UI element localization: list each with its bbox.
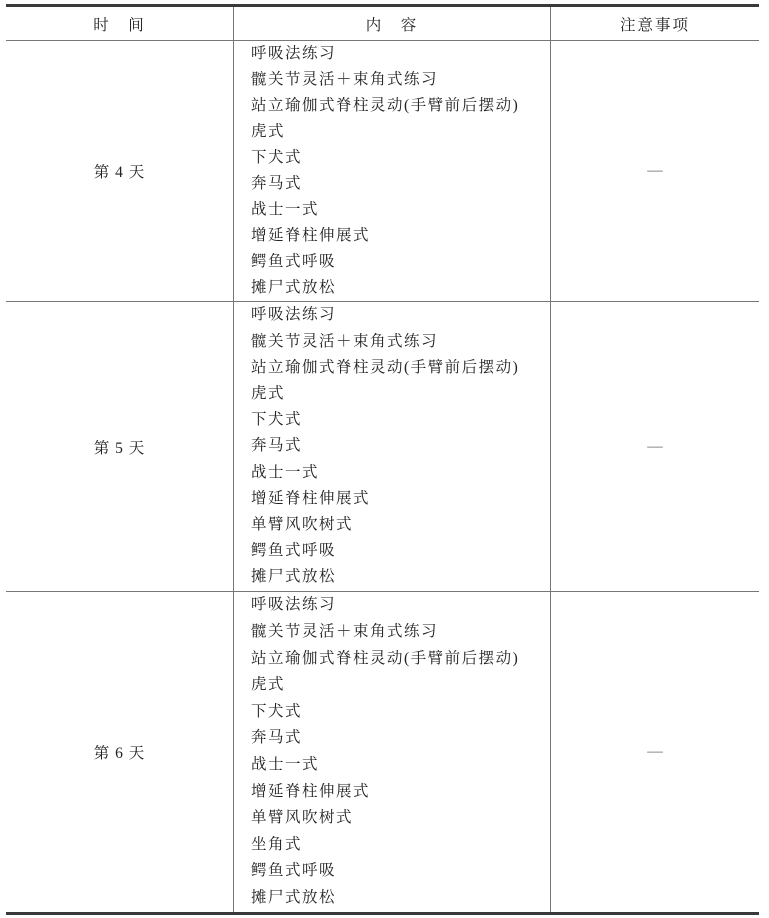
exercise-item: 奔马式 xyxy=(251,433,519,459)
exercise-item: 战士一式 xyxy=(251,197,519,223)
exercise-item: 站立瑜伽式脊柱灵动(手臂前后摆动) xyxy=(251,646,519,673)
exercise-item: 战士一式 xyxy=(251,460,519,486)
page: 时 间 内 容 注意事项 第 4 天呼吸法练习髋关节灵活＋束角式练习站立瑜伽式脊… xyxy=(0,0,769,918)
table-body: 第 4 天呼吸法练习髋关节灵活＋束角式练习站立瑜伽式脊柱灵动(手臂前后摆动)虎式… xyxy=(6,41,759,912)
time-cell: 第 4 天 xyxy=(6,41,233,301)
exercise-item: 虎式 xyxy=(251,672,519,699)
note-cell: — xyxy=(550,592,759,912)
note-dash: — xyxy=(647,438,663,456)
exercise-item: 单臂风吹树式 xyxy=(251,805,519,832)
exercise-item: 虎式 xyxy=(251,381,519,407)
exercise-item: 髋关节灵活＋束角式练习 xyxy=(251,329,519,355)
exercise-item: 鳄鱼式呼吸 xyxy=(251,858,519,885)
exercise-item: 摊尸式放松 xyxy=(251,564,519,590)
exercise-item: 下犬式 xyxy=(251,407,519,433)
exercise-item: 虎式 xyxy=(251,119,519,145)
content-cell: 呼吸法练习髋关节灵活＋束角式练习站立瑜伽式脊柱灵动(手臂前后摆动)虎式下犬式奔马… xyxy=(233,41,550,301)
note-dash: — xyxy=(647,162,663,180)
exercise-item: 下犬式 xyxy=(251,145,519,171)
exercise-item: 下犬式 xyxy=(251,699,519,726)
header-time: 时 间 xyxy=(6,7,233,40)
exercise-item: 呼吸法练习 xyxy=(251,302,519,328)
exercise-item: 单臂风吹树式 xyxy=(251,512,519,538)
note-cell: — xyxy=(550,302,759,591)
exercise-item: 呼吸法练习 xyxy=(251,41,519,67)
exercise-list: 呼吸法练习髋关节灵活＋束角式练习站立瑜伽式脊柱灵动(手臂前后摆动)虎式下犬式奔马… xyxy=(251,41,519,301)
exercise-item: 鳄鱼式呼吸 xyxy=(251,538,519,564)
table-row: 第 5 天呼吸法练习髋关节灵活＋束角式练习站立瑜伽式脊柱灵动(手臂前后摆动)虎式… xyxy=(6,302,759,592)
exercise-item: 髋关节灵活＋束角式练习 xyxy=(251,67,519,93)
exercise-item: 站立瑜伽式脊柱灵动(手臂前后摆动) xyxy=(251,355,519,381)
training-schedule-table: 时 间 内 容 注意事项 第 4 天呼吸法练习髋关节灵活＋束角式练习站立瑜伽式脊… xyxy=(6,4,759,915)
exercise-item: 增延脊柱伸展式 xyxy=(251,223,519,249)
exercise-list: 呼吸法练习髋关节灵活＋束角式练习站立瑜伽式脊柱灵动(手臂前后摆动)虎式下犬式奔马… xyxy=(251,592,519,911)
table-header-row: 时 间 内 容 注意事项 xyxy=(6,7,759,41)
note-cell: — xyxy=(550,41,759,301)
table-row: 第 6 天呼吸法练习髋关节灵活＋束角式练习站立瑜伽式脊柱灵动(手臂前后摆动)虎式… xyxy=(6,592,759,912)
exercise-item: 呼吸法练习 xyxy=(251,592,519,619)
exercise-list: 呼吸法练习髋关节灵活＋束角式练习站立瑜伽式脊柱灵动(手臂前后摆动)虎式下犬式奔马… xyxy=(251,302,519,590)
header-notes: 注意事项 xyxy=(550,7,759,40)
note-dash: — xyxy=(647,743,663,761)
exercise-item: 奔马式 xyxy=(251,725,519,752)
exercise-item: 奔马式 xyxy=(251,171,519,197)
exercise-item: 髋关节灵活＋束角式练习 xyxy=(251,619,519,646)
header-content: 内 容 xyxy=(233,7,550,40)
exercise-item: 摊尸式放松 xyxy=(251,885,519,912)
exercise-item: 鳄鱼式呼吸 xyxy=(251,249,519,275)
time-cell: 第 5 天 xyxy=(6,302,233,591)
exercise-item: 坐角式 xyxy=(251,832,519,859)
exercise-item: 战士一式 xyxy=(251,752,519,779)
content-cell: 呼吸法练习髋关节灵活＋束角式练习站立瑜伽式脊柱灵动(手臂前后摆动)虎式下犬式奔马… xyxy=(233,302,550,591)
exercise-item: 增延脊柱伸展式 xyxy=(251,779,519,806)
time-cell: 第 6 天 xyxy=(6,592,233,912)
exercise-item: 站立瑜伽式脊柱灵动(手臂前后摆动) xyxy=(251,93,519,119)
table-row: 第 4 天呼吸法练习髋关节灵活＋束角式练习站立瑜伽式脊柱灵动(手臂前后摆动)虎式… xyxy=(6,41,759,302)
content-cell: 呼吸法练习髋关节灵活＋束角式练习站立瑜伽式脊柱灵动(手臂前后摆动)虎式下犬式奔马… xyxy=(233,592,550,912)
exercise-item: 摊尸式放松 xyxy=(251,275,519,301)
exercise-item: 增延脊柱伸展式 xyxy=(251,486,519,512)
